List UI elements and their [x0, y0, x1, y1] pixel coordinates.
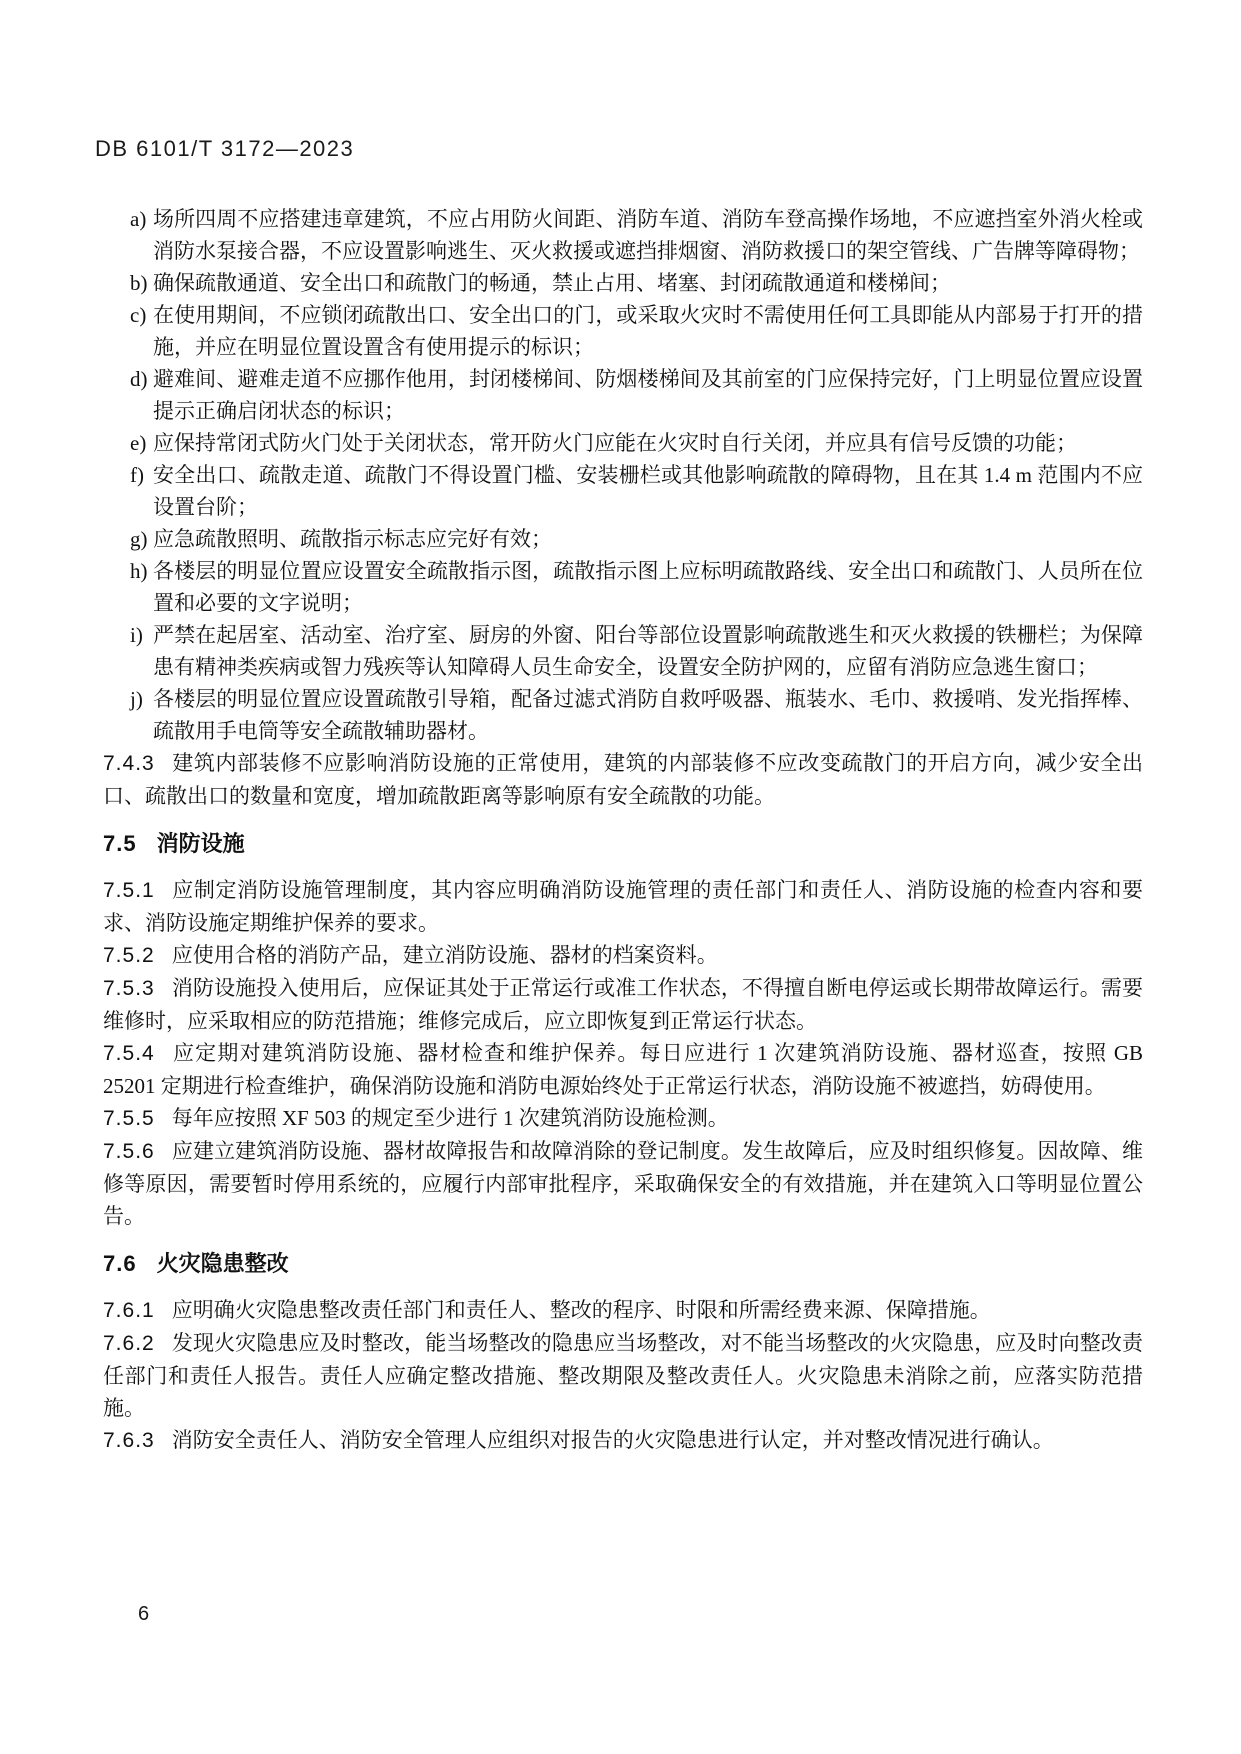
- clause-7-5-5: 7.5.5每年应按照 XF 503 的规定至少进行 1 次建筑消防设施检测。: [103, 1102, 1143, 1135]
- list-item-text: 各楼层的明显位置应设置安全疏散指示图，疏散指示图上应标明疏散路线、安全出口和疏散…: [153, 555, 1143, 619]
- clause-text: 发现火灾隐患应及时整改，能当场整改的隐患应当场整改，对不能当场整改的火灾隐患，应…: [103, 1331, 1143, 1420]
- clause-7-5-4: 7.5.4应定期对建筑消防设施、器材检查和维护保养。每日应进行 1 次建筑消防设…: [103, 1037, 1143, 1102]
- list-item: c) 在使用期间，不应锁闭疏散出口、安全出口的门，或采取火灾时不需使用任何工具即…: [103, 299, 1143, 363]
- list-item-text: 安全出口、疏散走道、疏散门不得设置门槛、安装栅栏或其他影响疏散的障碍物，且在其 …: [153, 459, 1143, 523]
- clause-text: 消防安全责任人、消防安全管理人应组织对报告的火灾隐患进行认定，并对整改情况进行确…: [172, 1428, 1054, 1452]
- clause-number: 7.6.1: [103, 1299, 155, 1322]
- clause-text: 消防设施投入使用后，应保证其处于正常运行或准工作状态，不得擅自断电停运或长期带故…: [103, 976, 1143, 1033]
- list-item-text: 严禁在起居室、活动室、治疗室、厨房的外窗、阳台等部位设置影响疏散逃生和灭火救援的…: [153, 619, 1143, 683]
- clause-number: 7.4.3: [103, 752, 155, 775]
- list-item: i) 严禁在起居室、活动室、治疗室、厨房的外窗、阳台等部位设置影响疏散逃生和灭火…: [103, 619, 1143, 683]
- list-item-text: 避难间、避难走道不应挪作他用，封闭楼梯间、防烟楼梯间及其前室的门应保持完好，门上…: [153, 363, 1143, 427]
- list-item-marker: i): [103, 619, 153, 683]
- clause-number: 7.6.2: [103, 1332, 155, 1355]
- clause-number: 7.5.1: [103, 879, 155, 902]
- clause-7-5-1: 7.5.1应制定消防设施管理制度，其内容应明确消防设施管理的责任部门和责任人、消…: [103, 874, 1143, 939]
- list-item-text: 应保持常闭式防火门处于关闭状态，常开防火门应能在火灾时自行关闭，并应具有信号反馈…: [153, 427, 1143, 459]
- clause-7-4-3: 7.4.3建筑内部装修不应影响消防设施的正常使用，建筑的内部装修不应改变疏散门的…: [103, 747, 1143, 812]
- clause-number: 7.6.3: [103, 1429, 155, 1452]
- list-item: j) 各楼层的明显位置应设置疏散引导箱，配备过滤式消防自救呼吸器、瓶装水、毛巾、…: [103, 683, 1143, 747]
- page-number: 6: [138, 1603, 149, 1626]
- list-item: g) 应急疏散照明、疏散指示标志应完好有效；: [103, 523, 1143, 555]
- list-item-text: 在使用期间，不应锁闭疏散出口、安全出口的门，或采取火灾时不需使用任何工具即能从内…: [153, 299, 1143, 363]
- clause-text: 建筑内部装修不应影响消防设施的正常使用，建筑的内部装修不应改变疏散门的开启方向，…: [103, 751, 1143, 808]
- list-item: e) 应保持常闭式防火门处于关闭状态，常开防火门应能在火灾时自行关闭，并应具有信…: [103, 427, 1143, 459]
- clause-text: 应制定消防设施管理制度，其内容应明确消防设施管理的责任部门和责任人、消防设施的检…: [103, 878, 1143, 935]
- list-item-marker: c): [103, 299, 153, 363]
- clause-text: 应使用合格的消防产品，建立消防设施、器材的档案资料。: [172, 943, 718, 967]
- list-item: d) 避难间、避难走道不应挪作他用，封闭楼梯间、防烟楼梯间及其前室的门应保持完好…: [103, 363, 1143, 427]
- clause-7-6-1: 7.6.1应明确火灾隐患整改责任部门和责任人、整改的程序、时限和所需经费来源、保…: [103, 1294, 1143, 1327]
- list-item-text: 应急疏散照明、疏散指示标志应完好有效；: [153, 523, 1143, 555]
- list-item-marker: b): [103, 267, 153, 299]
- list-item-text: 各楼层的明显位置应设置疏散引导箱，配备过滤式消防自救呼吸器、瓶装水、毛巾、救援哨…: [153, 683, 1143, 747]
- list-item-marker: d): [103, 363, 153, 427]
- list-item-marker: j): [103, 683, 153, 747]
- list-item-marker: g): [103, 523, 153, 555]
- list-item: h) 各楼层的明显位置应设置安全疏散指示图，疏散指示图上应标明疏散路线、安全出口…: [103, 555, 1143, 619]
- list-item-marker: e): [103, 427, 153, 459]
- clause-7-6-3: 7.6.3消防安全责任人、消防安全管理人应组织对报告的火灾隐患进行认定，并对整改…: [103, 1424, 1143, 1457]
- section-title: 火灾隐患整改: [157, 1251, 289, 1276]
- clause-number: 7.5.3: [103, 977, 155, 1000]
- list-item-marker: h): [103, 555, 153, 619]
- clause-number: 7.5.6: [103, 1140, 155, 1163]
- list-item-marker: a): [103, 203, 153, 267]
- clause-text: 每年应按照 XF 503 的规定至少进行 1 次建筑消防设施检测。: [172, 1106, 729, 1130]
- document-page: DB 6101/T 3172—2023 a) 场所四周不应搭建违章建筑，不应占用…: [0, 0, 1241, 1754]
- list-item-text: 确保疏散通道、安全出口和疏散门的畅通，禁止占用、堵塞、封闭疏散通道和楼梯间；: [153, 267, 1143, 299]
- clause-number: 7.5.5: [103, 1107, 155, 1130]
- clause-7-5-2: 7.5.2应使用合格的消防产品，建立消防设施、器材的档案资料。: [103, 939, 1143, 972]
- list-item: b) 确保疏散通道、安全出口和疏散门的畅通，禁止占用、堵塞、封闭疏散通道和楼梯间…: [103, 267, 1143, 299]
- section-number: 7.5: [103, 831, 137, 856]
- clause-number: 7.5.4: [103, 1042, 155, 1065]
- list-item: a) 场所四周不应搭建违章建筑，不应占用防火间距、消防车道、消防车登高操作场地，…: [103, 203, 1143, 267]
- clause-text: 应明确火灾隐患整改责任部门和责任人、整改的程序、时限和所需经费来源、保障措施。: [172, 1298, 991, 1322]
- doc-code: DB 6101/T 3172—2023: [95, 136, 354, 162]
- clause-text: 应建立建筑消防设施、器材故障报告和故障消除的登记制度。发生故障后，应及时组织修复…: [103, 1139, 1143, 1228]
- clause-text: 应定期对建筑消防设施、器材检查和维护保养。每日应进行 1 次建筑消防设施、器材巡…: [103, 1041, 1143, 1098]
- section-heading-7-5: 7.5消防设施: [103, 826, 1143, 862]
- section-number: 7.6: [103, 1251, 137, 1276]
- clause-7-6-2: 7.6.2发现火灾隐患应及时整改，能当场整改的隐患应当场整改，对不能当场整改的火…: [103, 1327, 1143, 1424]
- list-item-marker: f): [103, 459, 153, 523]
- section-title: 消防设施: [157, 831, 245, 856]
- section-heading-7-6: 7.6火灾隐患整改: [103, 1246, 1143, 1282]
- clause-number: 7.5.2: [103, 944, 155, 967]
- list-item-text: 场所四周不应搭建违章建筑，不应占用防火间距、消防车道、消防车登高操作场地，不应遮…: [153, 203, 1143, 267]
- clause-7-5-6: 7.5.6应建立建筑消防设施、器材故障报告和故障消除的登记制度。发生故障后，应及…: [103, 1135, 1143, 1232]
- document-body: a) 场所四周不应搭建违章建筑，不应占用防火间距、消防车道、消防车登高操作场地，…: [103, 203, 1143, 1457]
- list-item: f) 安全出口、疏散走道、疏散门不得设置门槛、安装栅栏或其他影响疏散的障碍物，且…: [103, 459, 1143, 523]
- clause-7-5-3: 7.5.3消防设施投入使用后，应保证其处于正常运行或准工作状态，不得擅自断电停运…: [103, 972, 1143, 1037]
